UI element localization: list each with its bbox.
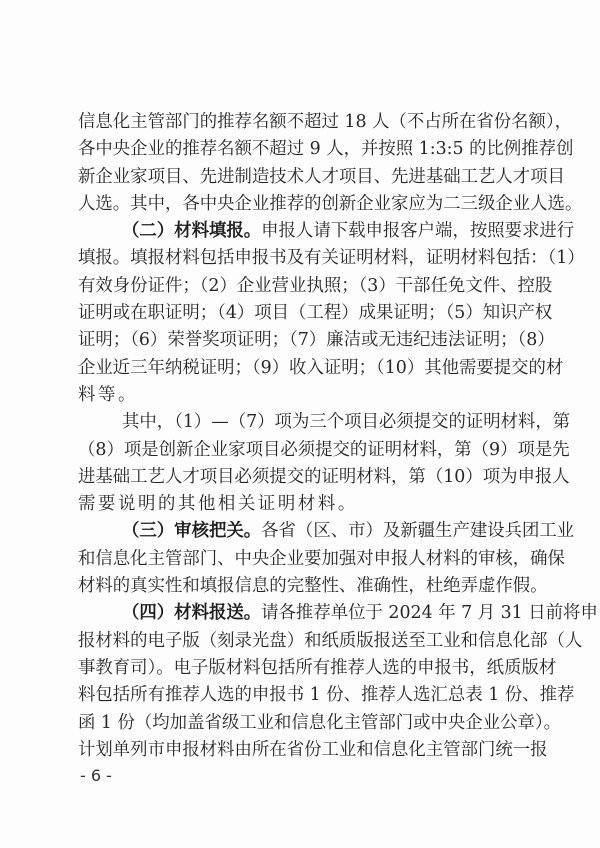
line-text: 进基础工艺人才项目必须提交的证明材料，第（10）项为申报人 [78, 467, 570, 487]
section-heading: （三）审核把关。 [122, 521, 261, 541]
line-text: 请各推荐单位于 2024 年 7 月 31 日前将申 [261, 603, 598, 623]
text-line: 人选。其中，各中央企业推荐的创新企业家应为二三级企业人选。 [78, 191, 520, 218]
line-text: 申报人请下载申报客户端，按照要求进行 [261, 221, 574, 241]
line-text: 材料的真实性和填报信息的完整性、准确性，杜绝弄虚作假。 [78, 576, 548, 596]
line-text: （8）项是创新企业家项目必须提交的证明材料，第（9）项是先 [78, 440, 570, 460]
line-text: 事教育司）。电子版材料包括所有推荐人选的申报书，纸质版材 [78, 658, 556, 678]
text-line: 需要说明的其他相关证明材料。 [78, 491, 520, 518]
line-text: 报材料的电子版（刻录光盘）和纸质版报送至工业和信息化部（人 [78, 631, 582, 651]
line-text: 各省（区、市）及新疆生产建设兵团工业 [261, 521, 574, 541]
text-line: 函 1 份（均加盖省级工业和信息化主管部门或中央企业公章）。 [78, 710, 520, 737]
text-line: 事教育司）。电子版材料包括所有推荐人选的申报书，纸质版材 [78, 655, 520, 682]
text-line: 各中央企业的推荐名额不超过 9 人，并按照 1:3:5 的比例推荐创 [78, 136, 520, 163]
text-line: 有效身份证件；（2）企业营业执照；（3）干部任免文件、控股 [78, 273, 520, 300]
text-line: 企业近三年纳税证明；（9）收入证明；（10）其他需要提交的材 [78, 355, 520, 382]
line-text: 有效身份证件；（2）企业营业执照；（3）干部任免文件、控股 [78, 276, 552, 296]
line-text: 证明或在职证明；（4）项目（工程）成果证明；（5）知识产权 [78, 303, 552, 323]
text-line: 报材料的电子版（刻录光盘）和纸质版报送至工业和信息化部（人 [78, 628, 520, 655]
text-line: 料包括所有推荐人选的申报书 1 份、推荐人选汇总表 1 份、推荐 [78, 682, 520, 709]
document-body: 信息化主管部门的推荐名额不超过 18 人（不占所在省份名额），各中央企业的推荐名… [78, 109, 520, 764]
line-text: 其中，（1）—（7）项为三个项目必须提交的证明材料，第 [122, 412, 570, 432]
line-text: 企业近三年纳税证明；（9）收入证明；（10）其他需要提交的材 [78, 358, 563, 378]
section-heading-line: （三）审核把关。各省（区、市）及新疆生产建设兵团工业 [78, 518, 520, 545]
page-number: - 6 - [80, 766, 112, 785]
text-line: 证明或在职证明；（4）项目（工程）成果证明；（5）知识产权 [78, 300, 520, 327]
line-text: 需要说明的其他相关证明材料。 [78, 494, 358, 514]
section-heading: （二）材料填报。 [122, 221, 261, 241]
line-text: 填报。填报材料包括申报书及有关证明材料，证明材料包括：（1） [78, 248, 585, 268]
line-text: 各中央企业的推荐名额不超过 9 人，并按照 1:3:5 的比例推荐创 [78, 139, 573, 159]
text-line: 材料的真实性和填报信息的完整性、准确性，杜绝弄虚作假。 [78, 573, 520, 600]
line-text: 信息化主管部门的推荐名额不超过 18 人（不占所在省份名额）， [78, 112, 572, 132]
line-text: 人选。其中，各中央企业推荐的创新企业家应为二三级企业人选。 [78, 194, 582, 214]
line-text: 新企业家项目、先进制造技术人才项目、先进基础工艺人才项目 [78, 167, 565, 187]
line-text: 函 1 份（均加盖省级工业和信息化主管部门或中央企业公章）。 [78, 713, 561, 733]
text-line: （8）项是创新企业家项目必须提交的证明材料，第（9）项是先 [78, 437, 520, 464]
section-heading-line: （二）材料填报。申报人请下载申报客户端，按照要求进行 [78, 218, 520, 245]
text-line: 证明；（6）荣誉奖项证明；（7）廉洁或无违纪违法证明；（8） [78, 327, 520, 354]
section-heading: （四）材料报送。 [122, 603, 261, 623]
line-text: 证明；（6）荣誉奖项证明；（7）廉洁或无违纪违法证明；（8） [78, 330, 555, 350]
text-line: 填报。填报材料包括申报书及有关证明材料，证明材料包括：（1） [78, 245, 520, 272]
section-heading-line: （四）材料报送。请各推荐单位于 2024 年 7 月 31 日前将申 [78, 600, 520, 627]
text-line: 信息化主管部门的推荐名额不超过 18 人（不占所在省份名额）， [78, 109, 520, 136]
text-line: 料等。 [78, 382, 520, 409]
text-line: 和信息化主管部门、中央企业要加强对申报人材料的审核，确保 [78, 546, 520, 573]
text-line: 其中，（1）—（7）项为三个项目必须提交的证明材料，第 [78, 409, 520, 436]
line-text: 计划单列市申报材料由所在省份工业和信息化主管部门统一报 [78, 740, 548, 760]
text-line: 计划单列市申报材料由所在省份工业和信息化主管部门统一报 [78, 737, 520, 764]
line-text: 和信息化主管部门、中央企业要加强对申报人材料的审核，确保 [78, 549, 565, 569]
text-line: 进基础工艺人才项目必须提交的证明材料，第（10）项为申报人 [78, 464, 520, 491]
line-text: 料包括所有推荐人选的申报书 1 份、推荐人选汇总表 1 份、推荐 [78, 685, 574, 705]
line-text: 料等。 [78, 385, 138, 405]
text-line: 新企业家项目、先进制造技术人才项目、先进基础工艺人才项目 [78, 164, 520, 191]
